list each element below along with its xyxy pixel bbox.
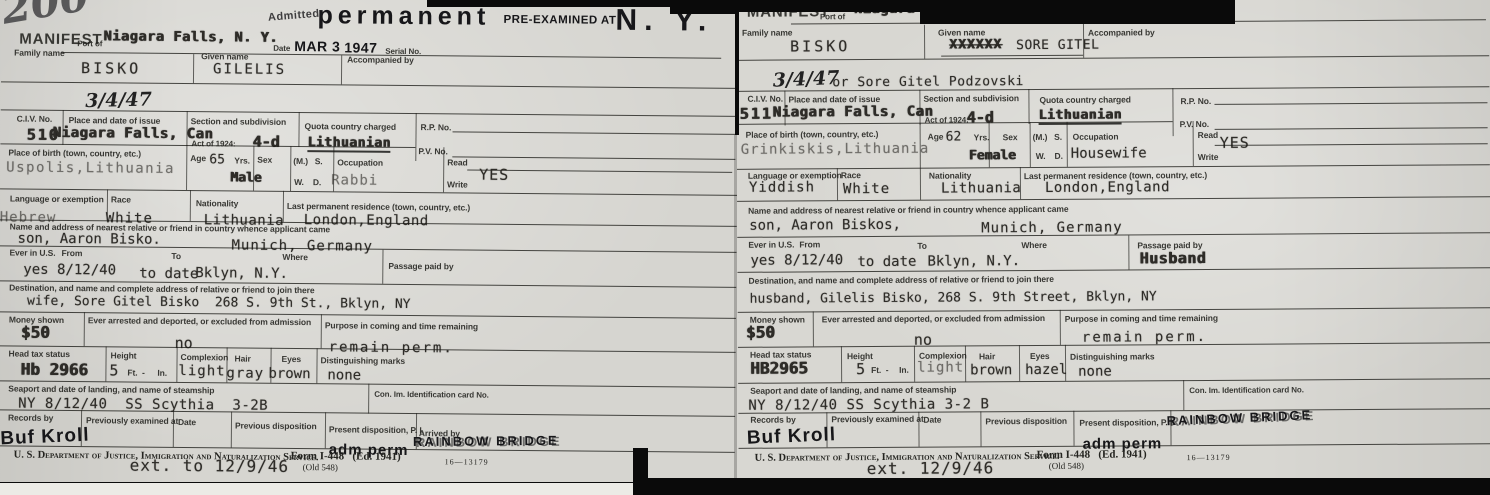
ever-arrested-label: Ever arrested and deported, or excluded …: [88, 315, 311, 327]
us-to-value: to date: [857, 254, 916, 270]
divider-line: [231, 411, 232, 447]
from-label: From: [799, 239, 820, 249]
admitted-stamp: Admitted: [268, 8, 320, 24]
last-residence-label: Last permanent residence (town, country,…: [287, 201, 470, 213]
family-name-label: Family name: [14, 48, 64, 58]
quota-country-value: Lithuanian: [307, 135, 390, 153]
divider-line: [193, 54, 194, 83]
previous-disposition-label: Previous disposition: [985, 416, 1067, 426]
quota-country-label: Quota country charged: [1039, 94, 1130, 105]
where-label: Where: [282, 252, 308, 262]
divider-line: [1172, 88, 1173, 136]
sex-label: Sex: [257, 155, 272, 165]
sex-value: Female: [969, 148, 1016, 163]
complexion-value: light: [178, 363, 225, 379]
marks-label: Distinguishing marks: [320, 355, 405, 366]
date-label: Date: [273, 44, 290, 53]
ft-label: Ft. -: [871, 365, 888, 375]
present-disposition-label: Present disposition, P. I.: [1079, 417, 1174, 428]
eyes-label: Eyes: [282, 354, 302, 364]
purpose-label: Purpose in coming and time remaining: [1065, 313, 1218, 324]
rule-line: [941, 55, 1083, 57]
read-label: Read: [447, 157, 467, 167]
head-tax-value: HB2965: [750, 358, 808, 377]
divider-line: [841, 346, 842, 382]
purpose-label: Purpose in coming and time remaining: [325, 320, 478, 331]
head-tax-value: Hb 2966: [20, 360, 88, 380]
marks-value: none: [327, 367, 361, 383]
civ-no-value: 511: [739, 105, 772, 123]
rule-line: [453, 131, 736, 134]
ft-label: Ft. -: [127, 368, 144, 378]
hair-value: brown: [970, 362, 1012, 378]
height-label: Height: [111, 350, 137, 360]
nationality-value: Lithuania: [941, 180, 1021, 196]
port-value: Niagara Falls, N. Y.: [103, 28, 278, 46]
civ-no-label: C.I.V. No.: [747, 94, 783, 104]
marks-value: none: [1078, 364, 1112, 380]
age-label: Age: [190, 153, 206, 163]
divider-line: [1083, 24, 1084, 58]
rule-line: [1, 81, 737, 88]
divider-line: [1028, 89, 1029, 124]
rule-line: [452, 156, 735, 159]
nationality-label: Nationality: [929, 170, 971, 180]
eyes-label: Eyes: [1030, 351, 1050, 361]
in-label: In.: [157, 368, 167, 378]
seaport-label: Seaport and date of landing, and name of…: [8, 384, 214, 396]
section-value: 4-d: [252, 133, 279, 151]
rule-line: [738, 307, 1490, 313]
form-number: Form I-448 (Ed. 1941): [291, 450, 401, 463]
place-of-birth-value: Grinkiskis,Lithuania: [741, 141, 930, 158]
divider-line: [415, 113, 416, 161]
in-label: In.: [899, 365, 909, 375]
us-from-value: yes 8/12/40: [750, 252, 843, 269]
language-value: Yiddish: [749, 179, 815, 195]
rainbow-bridge-stamp: RAINBOW BRIDGE: [413, 433, 559, 449]
manifest-card-left: 200 Admitted permanent PRE-EXAMINED AT N…: [0, 0, 737, 482]
sex-value: Male: [230, 170, 261, 185]
age-value: 65: [209, 152, 225, 167]
divider-line: [914, 346, 915, 382]
rule-line: [1215, 127, 1488, 130]
old-form-number: (Old 548): [303, 462, 338, 472]
nationality-label: Nationality: [196, 198, 238, 208]
occupation-label: Occupation: [1073, 132, 1119, 142]
con-im-label: Con. Im. Identification card No.: [1189, 385, 1304, 395]
race-label: Race: [111, 194, 131, 204]
given-name-value: GILELIS: [213, 61, 286, 78]
rule-line: [738, 378, 1490, 384]
divider-line: [980, 411, 981, 446]
section-subdivision-label: Section and subdivision: [191, 116, 287, 127]
divider-line: [321, 314, 322, 348]
destination-label: Destination, and name and complete addre…: [749, 274, 1054, 286]
scan-seam: [735, 0, 739, 135]
records-by-stamp: Buf Kroll: [746, 424, 836, 450]
handwritten-date: 3/4/47: [772, 67, 840, 92]
head-tax-label: Head tax status: [9, 349, 70, 360]
divider-line: [920, 123, 921, 168]
divider-line: [1065, 345, 1066, 381]
divider-line: [837, 168, 838, 200]
con-im-label: Con. Im. Identification card No.: [374, 390, 489, 400]
race-value: White: [843, 181, 890, 197]
yrs-label: Yrs.: [234, 155, 250, 165]
divider-line: [1030, 122, 1031, 167]
divider-line: [1020, 167, 1021, 199]
port-of-label: Port of: [77, 39, 102, 48]
rule-line: [737, 55, 1489, 61]
divider-line: [443, 147, 444, 192]
scan-black-strip: [427, 0, 674, 7]
section-value: 4-d: [966, 108, 993, 126]
divider-line: [84, 312, 85, 346]
language-label: Language or exemption: [10, 194, 104, 205]
previously-examined-label: Previously examined at: [86, 415, 178, 426]
date2-label: Date: [923, 415, 941, 425]
where-label: Where: [1021, 240, 1047, 250]
handwritten-date: 3/4/47: [85, 88, 152, 112]
marital-ms-label: (M.) S.: [1033, 132, 1062, 142]
pv-no-label: P.V. No.: [1180, 119, 1210, 129]
race-label: Race: [841, 170, 861, 180]
divider-line: [341, 55, 342, 84]
scan-black-strip: [737, 0, 920, 12]
hair-label: Hair: [979, 351, 995, 361]
scan-seam: [734, 135, 737, 480]
print-code: 16—13179: [1187, 453, 1231, 462]
records-by-label: Records by: [750, 414, 795, 424]
nearest-relative-label: Name and address of nearest relative or …: [748, 204, 1068, 216]
hair-label: Hair: [235, 353, 251, 363]
rule-line: [737, 267, 1490, 273]
rp-no-label: R.P. No.: [421, 122, 452, 132]
read-value: YES: [1220, 134, 1250, 152]
divider-line: [316, 348, 317, 383]
rule-line: [1214, 102, 1487, 105]
given-name-label: Given name: [201, 51, 248, 61]
family-name-label: Family name: [742, 27, 792, 37]
occupation-value: Housewife: [1071, 145, 1147, 161]
divider-line: [186, 145, 187, 190]
rp-no-label: R.P. No.: [1180, 96, 1211, 106]
complexion-value: light: [917, 359, 964, 375]
previous-disposition-label: Previous disposition: [235, 420, 317, 431]
divider-line: [918, 412, 919, 447]
divider-line: [920, 168, 921, 200]
age-label: Age: [928, 132, 944, 142]
to-label: To: [917, 241, 927, 251]
divider-line: [924, 25, 925, 59]
civ-no-label: C.I.V. No.: [17, 114, 53, 124]
age-value: 62: [946, 129, 962, 144]
us-where-value: Bklyn, N.Y.: [195, 265, 288, 282]
read-value: YES: [479, 166, 509, 184]
divider-line: [190, 190, 191, 221]
divider-line: [382, 250, 383, 284]
manifest-card-right: MANIFEST Port of Niagara Falls, N. Y. Da…: [737, 0, 1490, 480]
given-name-value: SORE GITEL: [1016, 38, 1099, 54]
place-of-birth-label: Place of birth (town, country, etc.): [8, 147, 141, 158]
records-by-label: Records by: [8, 413, 53, 423]
place-of-birth-label: Place of birth (town, country, etc.): [746, 129, 879, 140]
us-where-value: Bklyn, N.Y.: [927, 253, 1020, 270]
yrs-label: Yrs.: [974, 132, 990, 142]
passage-paid-label: Passage paid by: [388, 261, 453, 272]
divider-line: [325, 412, 326, 448]
old-form-number: (Old 548): [1049, 461, 1084, 471]
given-name-label: Given name: [938, 27, 985, 37]
us-from-value: yes 8/12/40: [23, 262, 116, 279]
date-stamp: MAR 3: [294, 38, 340, 54]
seaport-label: Seaport and date of landing, and name of…: [750, 385, 956, 396]
year-stamp: 1947: [344, 39, 377, 55]
present-disposition-label: Present disposition, P. I.: [329, 424, 424, 435]
from-label: From: [61, 248, 82, 258]
marital-wd-label: W. D.: [1036, 151, 1063, 161]
place-date-issue-label: Place and date of issue: [788, 94, 880, 105]
last-residence-value: London,England: [1045, 179, 1170, 196]
divider-line: [173, 411, 174, 447]
divider-line: [1183, 380, 1184, 410]
to-label: To: [171, 251, 181, 261]
money-value: $50: [746, 323, 775, 342]
aka-value: or Sore Gitel Podzovski: [832, 74, 1024, 90]
occupation-value: Rabbi: [331, 172, 378, 188]
divider-line: [1067, 122, 1068, 167]
divider-line: [290, 146, 291, 191]
accompanied-by-label: Accompanied by: [347, 54, 414, 65]
divider-line: [1128, 235, 1129, 269]
divider-line: [1019, 345, 1020, 381]
passage-paid-value: Husband: [1139, 249, 1206, 267]
occupation-label: Occupation: [337, 157, 383, 167]
sex-label: Sex: [1003, 132, 1018, 142]
divider-line: [813, 311, 814, 346]
height-ft-value: 5: [109, 361, 118, 379]
place-date-issue-value: Niagara Falls, Can: [772, 104, 933, 121]
section-subdivision-label: Section and subdivision: [923, 93, 1019, 104]
hair-value: gray: [226, 365, 264, 381]
divider-line: [368, 384, 369, 414]
extension-value: ext. to 12/9/46: [130, 456, 290, 476]
previously-examined-label: Previously examined at: [831, 414, 923, 425]
accompanied-by-label: Accompanied by: [1088, 27, 1155, 37]
divider-line: [298, 112, 299, 147]
read-label: Read: [1198, 130, 1218, 140]
act-1924-label: Act of 1924:: [191, 139, 235, 148]
us-to-value: to date: [139, 266, 198, 283]
height-ft-value: 5: [856, 360, 865, 378]
destination-value: wife, Sore Gitel Bisko 268 S. 9th St., B…: [27, 294, 411, 312]
pre-examined-stamp: PRE-EXAMINED AT: [503, 14, 616, 27]
destination-value: husband, Gilelis Bisko, 268 S. 9th Stree…: [750, 289, 1157, 306]
scan-black-strip: [633, 478, 1490, 495]
family-name-value: BISKO: [81, 59, 141, 78]
ever-arrested-label: Ever arrested and deported, or excluded …: [822, 313, 1045, 324]
scan-white-strip: [0, 483, 635, 495]
divider-line: [919, 90, 920, 125]
money-value: $50: [21, 323, 50, 342]
port-of-label: Port of: [820, 12, 845, 21]
scan-black-strip: [670, 0, 737, 14]
date2-label: Date: [178, 417, 196, 427]
place-of-birth-value: Uspolis,Lithuania: [6, 159, 175, 176]
rule-line: [1215, 143, 1488, 146]
eyes-value: brown: [268, 366, 310, 382]
place-date-issue-value: Niagara Falls, Can: [52, 125, 213, 142]
ever-in-us-label: Ever in U.S.: [9, 248, 55, 258]
marks-label: Distinguishing marks: [1070, 351, 1154, 362]
write-label: Write: [1198, 152, 1219, 162]
divider-line: [1073, 411, 1074, 446]
divider-line: [1060, 310, 1061, 345]
extension-value: ext. 12/9/46: [867, 458, 995, 478]
divider-line: [105, 346, 106, 381]
scanned-manifest-cards: 200 Admitted permanent PRE-EXAMINED AT N…: [0, 0, 1490, 495]
marital-wd-label: W. D.: [294, 177, 321, 187]
write-label: Write: [447, 179, 468, 189]
eyes-value: hazel: [1025, 362, 1067, 378]
divider-line: [965, 345, 966, 381]
quota-country-label: Quota country charged: [305, 121, 397, 132]
print-code: 16—13179: [445, 457, 489, 466]
rule-line: [737, 164, 1490, 170]
given-name-struck-value: XXXXXX: [949, 37, 1002, 52]
scan-black-strip: [920, 0, 1235, 24]
family-name-value: BISKO: [790, 37, 850, 55]
ever-in-us-label: Ever in U.S.: [748, 239, 794, 249]
marital-ms-label: (M.) S.: [293, 156, 322, 166]
relative-value: son, Aaron Biskos,: [749, 217, 901, 234]
form-number: Form I-448 (Ed. 1941): [1037, 448, 1147, 461]
complexion-label: Complexion: [181, 352, 229, 362]
handwritten-page-number: 200: [0, 0, 92, 34]
